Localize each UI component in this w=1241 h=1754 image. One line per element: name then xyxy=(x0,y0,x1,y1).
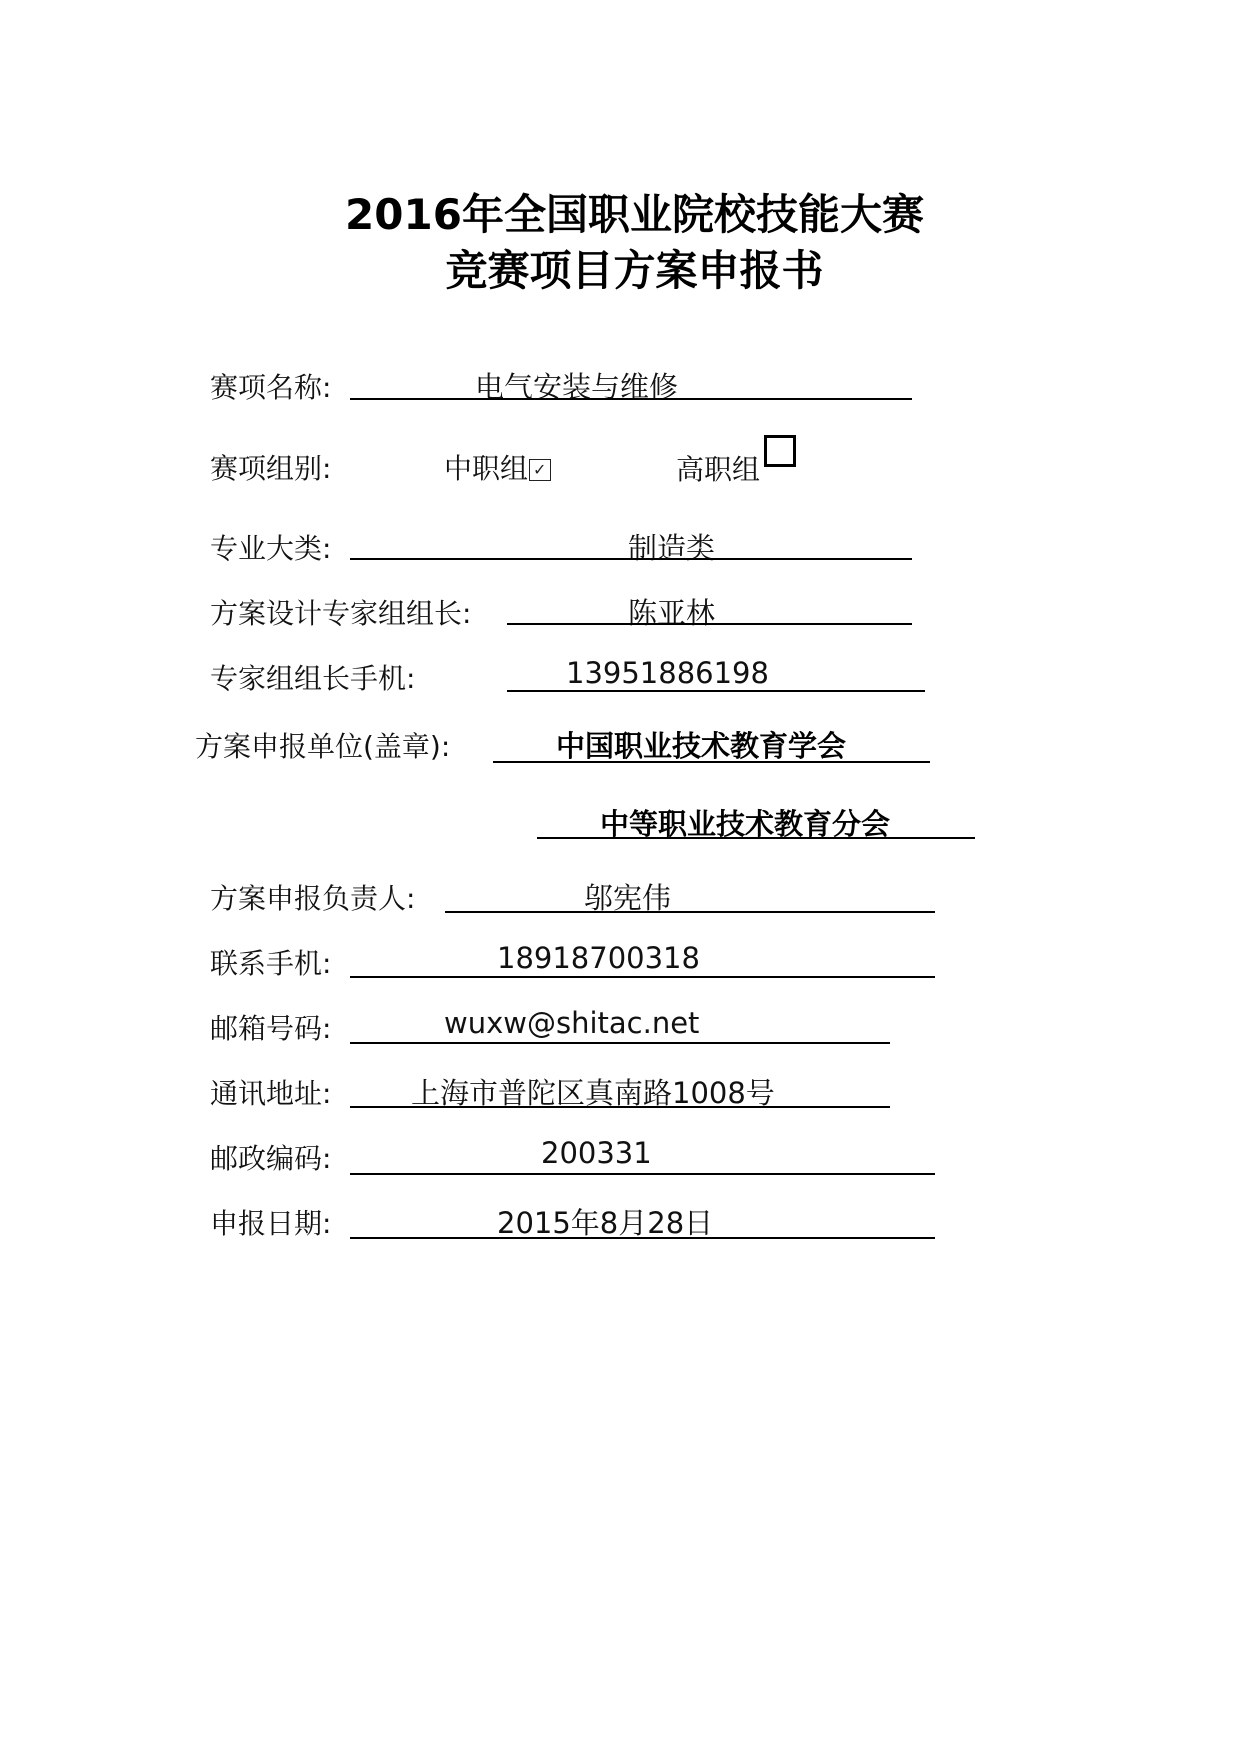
applicant-unit-underline-2 xyxy=(537,837,975,839)
document-title-line2: 竞赛项目方案申报书 xyxy=(14,238,1241,298)
email-label: 邮箱号码: xyxy=(210,1007,331,1047)
address-underline xyxy=(350,1106,890,1108)
application-date-underline xyxy=(350,1237,935,1239)
major-category-underline xyxy=(350,558,912,560)
document-title-line1: 2016年全国职业院校技能大赛 xyxy=(14,182,1241,242)
expert-leader-phone-row: 专家组组长手机: 13951886198 xyxy=(0,657,1241,697)
contact-phone-row: 联系手机: 18918700318 xyxy=(0,942,1241,982)
postal-code-row: 邮政编码: 200331 xyxy=(0,1137,1241,1177)
checkbox-unchecked-icon[interactable] xyxy=(764,435,796,467)
contact-phone-underline xyxy=(350,976,935,978)
major-category-value[interactable]: 制造类 xyxy=(628,526,715,567)
address-row: 通讯地址: 上海市普陀区真南路1008号 xyxy=(0,1072,1241,1112)
responsible-person-row: 方案申报负责人: 邬宪伟 xyxy=(0,877,1241,917)
group-option-label: 高职组 xyxy=(676,453,760,486)
event-name-row: 赛项名称: 电气安装与维修 xyxy=(0,366,1241,406)
expert-leader-underline xyxy=(507,623,912,625)
expert-leader-label: 方案设计专家组组长: xyxy=(210,592,471,632)
email-row: 邮箱号码: wuxw@shitac.net xyxy=(0,1007,1241,1047)
postal-code-value[interactable]: 200331 xyxy=(541,1136,652,1170)
major-category-row: 专业大类: 制造类 xyxy=(0,527,1241,567)
event-group-label: 赛项组别: xyxy=(210,447,331,487)
postal-code-underline xyxy=(350,1173,935,1175)
expert-leader-phone-underline xyxy=(507,690,925,692)
applicant-unit-underline-1 xyxy=(493,761,930,763)
applicant-unit-label: 方案申报单位(盖章): xyxy=(195,725,450,765)
application-date-row: 申报日期: 2015年8月28日 xyxy=(0,1202,1241,1242)
responsible-person-underline xyxy=(445,911,935,913)
expert-leader-phone-value[interactable]: 13951886198 xyxy=(566,656,769,690)
contact-phone-value[interactable]: 18918700318 xyxy=(497,941,700,975)
expert-leader-value[interactable]: 陈亚林 xyxy=(628,591,715,632)
event-group-row: 赛项组别: 中职组✓ 高职组 xyxy=(0,447,1241,487)
email-value[interactable]: wuxw@shitac.net xyxy=(444,1006,699,1040)
event-name-label: 赛项名称: xyxy=(210,366,331,406)
major-category-label: 专业大类: xyxy=(210,527,331,567)
checkbox-checked-icon[interactable]: ✓ xyxy=(529,459,551,481)
address-label: 通讯地址: xyxy=(210,1072,331,1112)
application-date-label: 申报日期: xyxy=(210,1202,331,1242)
responsible-person-label: 方案申报负责人: xyxy=(210,877,415,917)
group-option-secondary-vocational[interactable]: 中职组✓ xyxy=(444,447,551,487)
applicant-unit-row-2: 中等职业技术教育分会 xyxy=(0,803,1241,843)
expert-leader-row: 方案设计专家组组长: 陈亚林 xyxy=(0,592,1241,632)
postal-code-label: 邮政编码: xyxy=(210,1137,331,1177)
expert-leader-phone-label: 专家组组长手机: xyxy=(210,657,415,697)
email-underline xyxy=(350,1042,890,1044)
applicant-unit-row: 方案申报单位(盖章): 中国职业技术教育学会 xyxy=(0,725,1241,765)
application-form-page: 2016年全国职业院校技能大赛 竞赛项目方案申报书 赛项名称: 电气安装与维修 … xyxy=(0,0,1241,1754)
event-name-underline xyxy=(350,398,912,400)
group-option-label: 中职组 xyxy=(444,452,528,485)
group-option-higher-vocational[interactable]: 高职组 xyxy=(676,447,796,488)
applicant-unit-value-line1[interactable]: 中国职业技术教育学会 xyxy=(556,724,846,765)
application-date-value[interactable]: 2015年8月28日 xyxy=(497,1201,713,1242)
contact-phone-label: 联系手机: xyxy=(210,942,331,982)
